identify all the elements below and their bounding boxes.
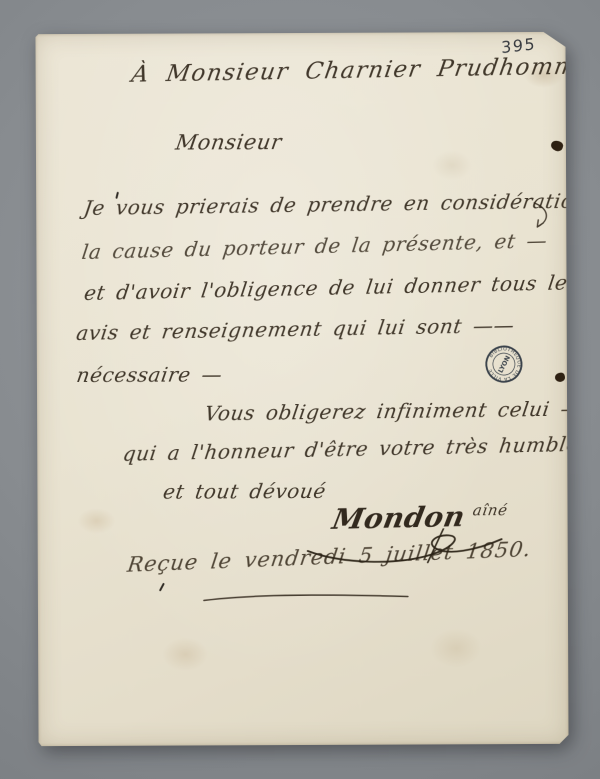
body-line: avis et renseignement qui lui sont —— xyxy=(75,313,516,345)
ink-tick-mark xyxy=(159,583,165,592)
letter-paper-shadow: 395 À Monsieur Charnier Prudhomme — Mons… xyxy=(35,32,568,746)
stamp-center-text: LYON xyxy=(496,354,512,374)
closing-line: Vous obligerez infiniment celui — xyxy=(203,396,583,425)
body-line: la cause du porteur de la présente, et — xyxy=(80,228,549,264)
paper-stain xyxy=(162,637,208,671)
address-line: À Monsieur Charnier Prudhomme — xyxy=(130,53,600,88)
body-line: nécessaire — xyxy=(75,362,224,387)
salutation-line: Monsieur xyxy=(174,130,284,154)
photo-canvas: { "photo": { "background_color": "#888c9… xyxy=(0,0,600,779)
paper-stain xyxy=(432,150,472,180)
signature: Mondon xyxy=(330,500,468,536)
closing-line: qui a l'honneur d'être votre très humble… xyxy=(121,431,600,466)
ink-blot xyxy=(554,372,566,383)
date-line: Reçue le vendredi 5 juillet 1850. xyxy=(126,537,533,577)
paper-stain xyxy=(78,508,116,534)
signature-suffix: aîné xyxy=(472,501,509,519)
date-underline-icon xyxy=(200,592,414,605)
letter-paper: 395 À Monsieur Charnier Prudhomme — Mons… xyxy=(35,32,568,746)
body-line: et d'avoir l'obligence de lui donner tou… xyxy=(83,270,581,305)
ink-blot xyxy=(550,139,564,152)
body-line: Je vous prierais de prendre en considéra… xyxy=(82,188,589,219)
library-stamp-icon: BIBLIOTHÈQUE DE LA VILLE LYON xyxy=(477,337,531,391)
paper-stain xyxy=(430,628,482,668)
closing-line: et tout dévoué xyxy=(161,479,327,504)
